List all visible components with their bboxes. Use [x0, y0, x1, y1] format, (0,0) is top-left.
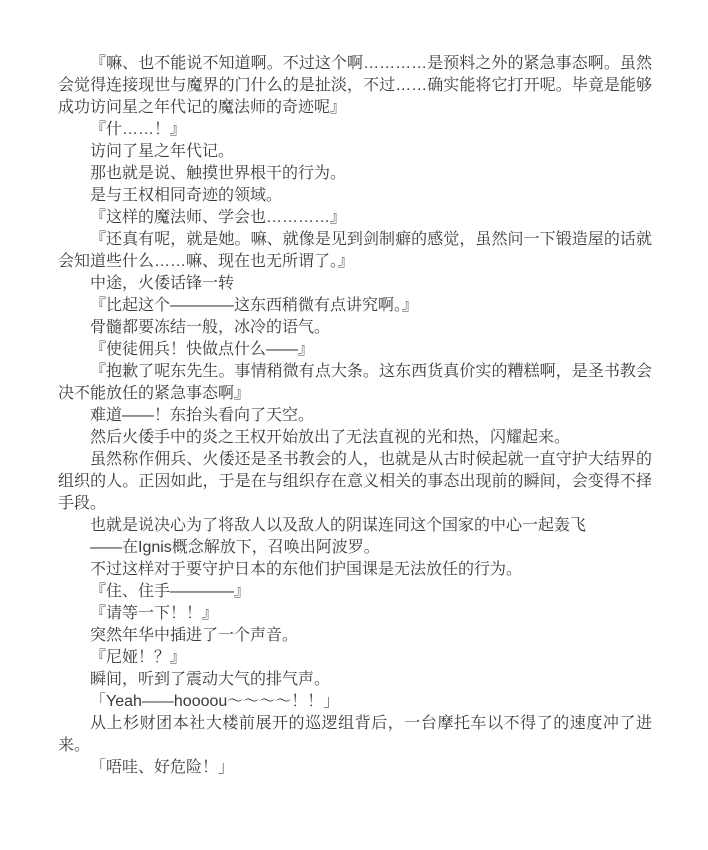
paragraph: 不过这样对于要守护日本的东他们护国课是无法放任的行为。: [58, 559, 652, 581]
paragraph: 瞬间，听到了震动大气的排气声。: [58, 669, 652, 691]
paragraph: 『什……！』: [58, 119, 652, 141]
paragraph: 虽然称作佣兵、火倭还是圣书教会的人，也就是从古时候起就一直守护大结界的组织的人。…: [58, 449, 652, 515]
paragraph: ——在Ignis概念解放下，召唤出阿波罗。: [58, 537, 652, 559]
paragraph: 『住、住手————』: [58, 581, 652, 603]
paragraph: 「Yeah——hoooou～～～～！！」: [58, 691, 652, 713]
paragraph: 『还真有呢，就是她。嘛、就像是见到剑制癖的感觉，虽然问一下锻造屋的话就会知道些什…: [58, 229, 652, 273]
paragraph: 『嘛、也不能说不知道啊。不过这个啊…………是预料之外的紧急事态啊。虽然会觉得连接…: [58, 53, 652, 119]
paragraph: 『这样的魔法师、学会也…………』: [58, 207, 652, 229]
paragraph: 是与王权相同奇迹的领域。: [58, 185, 652, 207]
paragraph: 难道——！东抬头看向了天空。: [58, 405, 652, 427]
paragraph: 『比起这个————这东西稍微有点讲究啊。』: [58, 295, 652, 317]
paragraph: 从上杉财团本社大楼前展开的巡逻组背后，一台摩托车以不得了的速度冲了进来。: [58, 713, 652, 757]
paragraph: 骨髓都要冻结一般，冰冷的语气。: [58, 317, 652, 339]
paragraph: 『使徒佣兵！快做点什么——』: [58, 339, 652, 361]
paragraph: 然后火倭手中的炎之王权开始放出了无法直视的光和热，闪耀起来。: [58, 427, 652, 449]
paragraph: 也就是说决心为了将敌人以及敌人的阴谋连同这个国家的中心一起轰飞: [58, 515, 652, 537]
novel-text-page: 『嘛、也不能说不知道啊。不过这个啊…………是预料之外的紧急事态啊。虽然会觉得连接…: [0, 0, 708, 850]
paragraph: 突然年华中插进了一个声音。: [58, 625, 652, 647]
paragraph: 『抱歉了呢东先生。事情稍微有点大条。这东西货真价实的糟糕啊，是圣书教会决不能放任…: [58, 361, 652, 405]
paragraph: 『尼娅！？』: [58, 647, 652, 669]
paragraph: 『请等一下！！』: [58, 603, 652, 625]
paragraph: 中途，火倭话锋一转: [58, 273, 652, 295]
paragraph: 「唔哇、好危险！」: [58, 757, 652, 779]
paragraph: 访问了星之年代记。: [58, 141, 652, 163]
paragraph: 那也就是说、触摸世界根干的行为。: [58, 163, 652, 185]
